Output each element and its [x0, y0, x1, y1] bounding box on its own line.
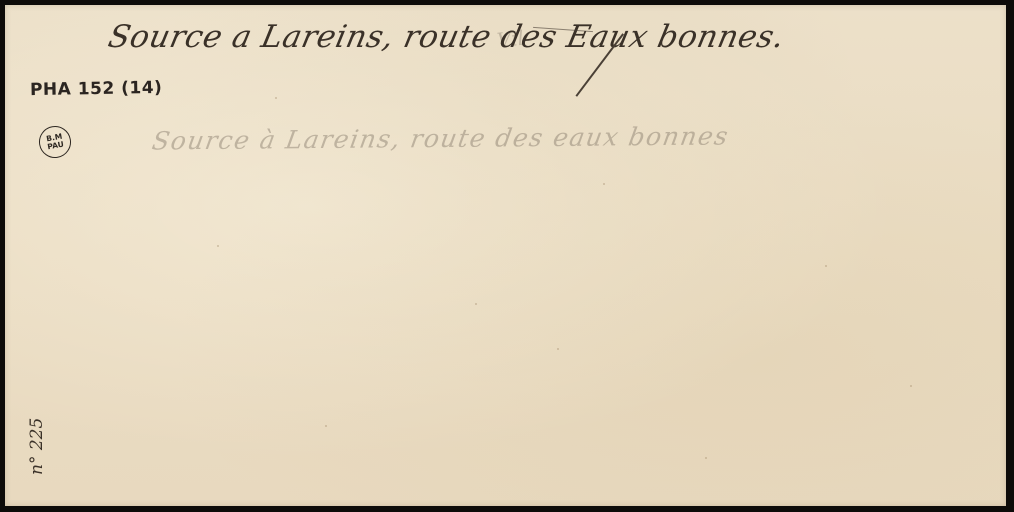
paper-speck: [325, 425, 327, 427]
paper-speck: [275, 97, 277, 99]
photo-mount-card: Vil Source a Lareins, route des Eaux bon…: [5, 5, 1006, 506]
scan-frame: Vil Source a Lareins, route des Eaux bon…: [0, 0, 1014, 512]
paper-speck: [705, 457, 707, 459]
stamp-line-2: PAU: [47, 141, 65, 152]
handwritten-title: Source a Lareins, route des Eaux bonnes.: [105, 19, 943, 55]
pencil-annotation: Source à Lareins, route des eaux bonnes: [150, 120, 956, 156]
paper-speck: [910, 385, 912, 387]
paper-speck: [603, 183, 605, 185]
paper-speck: [475, 303, 477, 305]
library-stamp: B.M PAU: [36, 123, 73, 160]
paper-speck: [557, 348, 559, 350]
paper-speck: [217, 245, 219, 247]
call-number: PHA 152 (14): [30, 78, 163, 100]
vertical-number-note: n° 225: [27, 418, 47, 475]
paper-speck: [825, 265, 827, 267]
